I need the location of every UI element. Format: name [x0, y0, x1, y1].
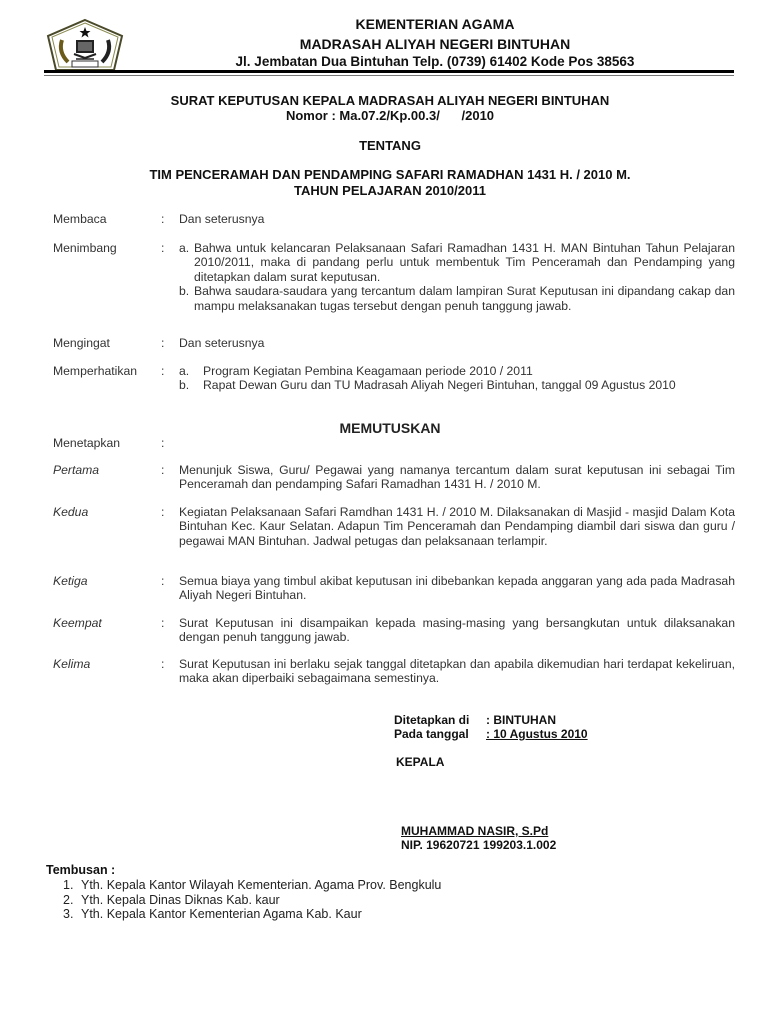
row-label: Memperhatikan: [53, 364, 153, 378]
decree-document: KEMENTERIAN AGAMA MADRASAH ALIYAH NEGERI…: [0, 0, 768, 1024]
list-item: 2.Yth. Kepala Dinas Diknas Kab. kaur: [63, 893, 441, 908]
school-address: Jl. Jembatan Dua Bintuhan Telp. (0739) 6…: [200, 54, 670, 69]
date-label: Pada tanggal: [394, 727, 486, 741]
place-line: Ditetapkan di: BINTUHAN: [394, 713, 556, 727]
list-item: b.Rapat Dewan Guru dan TU Madrasah Aliya…: [179, 378, 735, 392]
item-text: Yth. Kepala Kantor Kementerian Agama Kab…: [81, 907, 362, 921]
school-name: MADRASAH ALIYAH NEGERI BINTUHAN: [200, 36, 670, 52]
place-value: : BINTUHAN: [486, 713, 556, 727]
item-marker: b.: [179, 378, 189, 392]
item-marker: a.: [179, 364, 189, 378]
row-colon: :: [161, 574, 164, 588]
row-colon: :: [161, 505, 164, 519]
ministry-name: KEMENTERIAN AGAMA: [200, 16, 670, 32]
row-colon: :: [161, 616, 164, 630]
row-text: Surat Keputusan ini berlaku sejak tangga…: [179, 657, 735, 686]
row-label: Menetapkan: [53, 436, 153, 450]
row-colon: :: [161, 241, 164, 255]
date-line: Pada tanggal: 10 Agustus 2010: [394, 727, 588, 741]
tembusan-heading: Tembusan :: [46, 863, 115, 877]
header-rule-thin: [44, 75, 734, 76]
item-number: 3.: [63, 907, 81, 922]
row-label: Menimbang: [53, 241, 153, 255]
item-text: Yth. Kepala Kantor Wilayah Kementerian. …: [81, 878, 441, 892]
item-text: Rapat Dewan Guru dan TU Madrasah Aliyah …: [203, 378, 676, 392]
row-colon: :: [161, 336, 164, 350]
decree-title: SURAT KEPUTUSAN KEPALA MADRASAH ALIYAH N…: [40, 93, 740, 108]
item-text: Bahwa untuk kelancaran Pelaksanaan Safar…: [194, 241, 735, 284]
ministry-emblem-icon: [46, 18, 124, 74]
place-label: Ditetapkan di: [394, 713, 486, 727]
item-number: 2.: [63, 893, 81, 908]
row-list: a.Program Kegiatan Pembina Keagamaan per…: [179, 364, 735, 393]
decree-subject: TIM PENCERAMAH DAN PENDAMPING SAFARI RAM…: [40, 167, 740, 182]
row-text: Dan seterusnya: [179, 212, 735, 226]
signer-nip: NIP. 19620721 199203.1.002: [401, 838, 556, 852]
row-colon: :: [161, 212, 164, 226]
row-colon: :: [161, 436, 164, 450]
row-text: Surat Keputusan ini disampaikan kepada m…: [179, 616, 735, 645]
decision-heading: MEMUTUSKAN: [40, 420, 740, 436]
item-marker: b.: [179, 284, 189, 298]
tembusan-list: 1.Yth. Kepala Kantor Wilayah Kementerian…: [63, 878, 441, 922]
item-text: Bahwa saudara-saudara yang tercantum dal…: [194, 284, 735, 312]
list-item: 3.Yth. Kepala Kantor Kementerian Agama K…: [63, 907, 441, 922]
about-label: TENTANG: [40, 138, 740, 153]
row-label: Keempat: [53, 616, 153, 630]
row-label: Ketiga: [53, 574, 153, 588]
list-item: b.Bahwa saudara-saudara yang tercantum d…: [179, 284, 735, 313]
row-text: Kegiatan Pelaksanaan Safari Ramdhan 1431…: [179, 505, 735, 548]
list-item: a.Program Kegiatan Pembina Keagamaan per…: [179, 364, 735, 378]
header-rule-thick: [44, 70, 734, 73]
item-text: Yth. Kepala Dinas Diknas Kab. kaur: [81, 893, 280, 907]
row-label: Membaca: [53, 212, 153, 226]
row-label: Pertama: [53, 463, 153, 477]
row-label: Mengingat: [53, 336, 153, 350]
row-label: Kedua: [53, 505, 153, 519]
decree-number: Nomor : Ma.07.2/Kp.00.3/ /2010: [40, 108, 740, 123]
academic-year: TAHUN PELAJARAN 2010/2011: [40, 183, 740, 198]
date-value: : 10 Agustus 2010: [486, 727, 588, 741]
row-text: Dan seterusnya: [179, 336, 735, 350]
item-marker: a.: [179, 241, 189, 255]
list-item: 1.Yth. Kepala Kantor Wilayah Kementerian…: [63, 878, 441, 893]
row-colon: :: [161, 364, 164, 378]
row-colon: :: [161, 463, 164, 477]
row-colon: :: [161, 657, 164, 671]
signer-name: MUHAMMAD NASIR, S.Pd: [401, 824, 548, 838]
item-number: 1.: [63, 878, 81, 893]
signer-position: KEPALA: [396, 755, 444, 769]
list-item: a.Bahwa untuk kelancaran Pelaksanaan Saf…: [179, 241, 735, 284]
row-label: Kelima: [53, 657, 153, 671]
row-text: Menunjuk Siswa, Guru/ Pegawai yang naman…: [179, 463, 735, 492]
row-list: a.Bahwa untuk kelancaran Pelaksanaan Saf…: [179, 241, 735, 313]
row-text: Semua biaya yang timbul akibat keputusan…: [179, 574, 735, 603]
item-text: Program Kegiatan Pembina Keagamaan perio…: [203, 364, 533, 378]
